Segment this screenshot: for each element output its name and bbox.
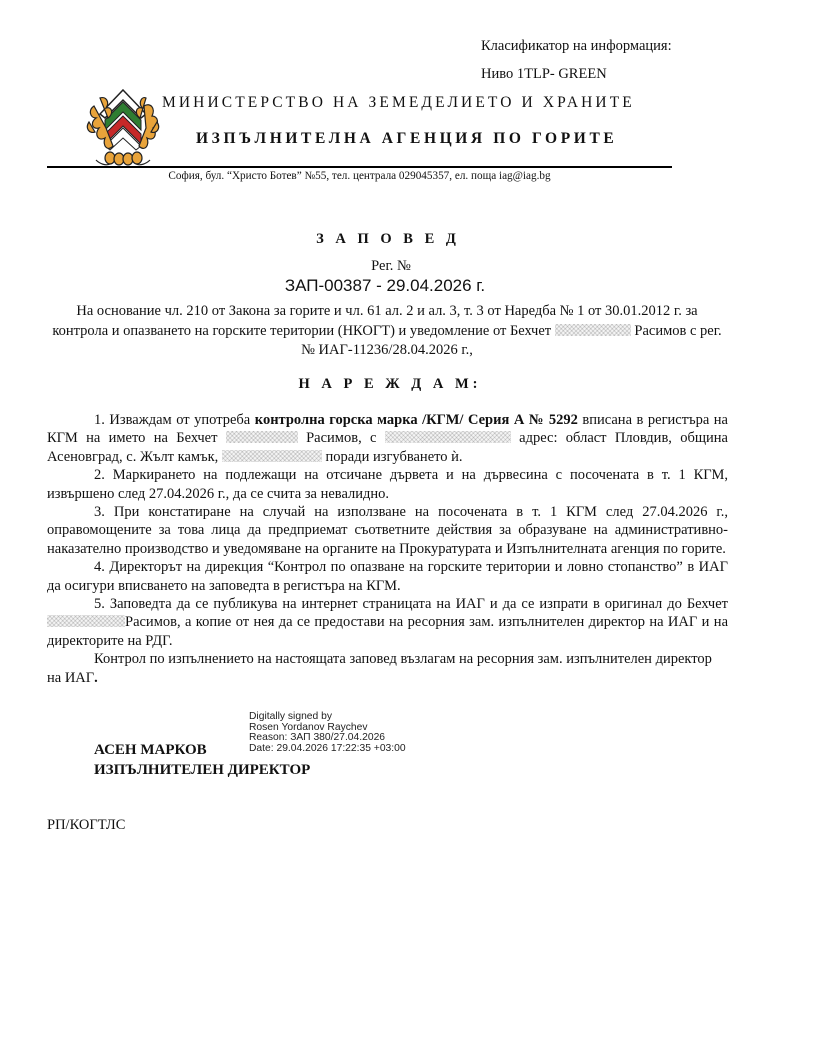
- letterhead-divider: [47, 166, 672, 168]
- redacted-name: [47, 615, 125, 627]
- ministry-name: МИНИСТЕРСТВО НА ЗЕМЕДЕЛИЕТО И ХРАНИТЕ: [162, 94, 635, 112]
- item-1-text: 1. Изваждам от употреба: [94, 412, 255, 428]
- order-item-4: 4. Директорът на дирекция “Контрол по оп…: [47, 558, 728, 595]
- forestry-agency-emblem-icon: [86, 88, 160, 168]
- redacted-name: [226, 431, 298, 443]
- agency-name: ИЗПЪЛНИТЕЛНА АГЕНЦИЯ ПО ГОРИТЕ: [196, 130, 617, 148]
- legal-basis-paragraph: На основание чл. 210 от Закона за горите…: [47, 302, 727, 361]
- classification-label: Класификатор на информация:: [481, 38, 672, 55]
- order-item-3: 3. При констатиране на случай на използв…: [47, 503, 728, 558]
- registration-number: ЗАП-00387 - 29.04.2026 г.: [0, 276, 770, 296]
- item-5-text: 5. Заповедта да се публикува на интернет…: [94, 596, 728, 612]
- control-period: .: [94, 670, 98, 686]
- order-item-1: 1. Изваждам от употреба контролна горска…: [47, 411, 728, 466]
- classification-level: Ниво 1TLP- GREEN: [481, 66, 607, 83]
- order-items: 1. Изваждам от употреба контролна горска…: [47, 411, 728, 687]
- redacted-street: [222, 450, 322, 462]
- item-5-text-b: Расимов, а копие от нея да се предостави…: [47, 614, 728, 648]
- item-1-text-c: Расимов, с: [298, 430, 385, 446]
- signer-name: АСЕН МАРКОВ: [94, 742, 207, 759]
- item-1-mark: контролна горска марка /КГМ/ Серия А № 5…: [255, 412, 578, 428]
- control-clause: Контрол по изпълнението на настоящата за…: [47, 650, 728, 687]
- document-title: З А П О В Е Д: [0, 231, 776, 248]
- signature-line-1: Digitally signed by: [249, 712, 406, 723]
- order-heading: Н А Р Е Ж Д А М:: [0, 376, 780, 393]
- control-text: Контрол по изпълнението на настоящата за…: [47, 651, 712, 685]
- order-item-5: 5. Заповедта да се публикува на интернет…: [47, 595, 728, 650]
- letterhead-address: София, бул. “Христо Ботев” №55, тел. цен…: [47, 170, 672, 182]
- redacted-address-type: [385, 431, 511, 443]
- signer-title: ИЗПЪЛНИТЕЛЕН ДИРЕКТОР: [94, 762, 310, 779]
- digital-signature[interactable]: Digitally signed by Rosen Yordanov Raych…: [249, 712, 406, 754]
- signature-date: Date: 29.04.2026 17:22:35 +03:00: [249, 744, 406, 755]
- document-code: РП/КОГТЛС: [47, 817, 125, 834]
- item-1-text-e: поради изгубването ѝ.: [322, 449, 463, 465]
- order-item-2: 2. Маркирането на подлежащи на отсичане …: [47, 466, 728, 503]
- registration-label: Рег. №: [0, 258, 782, 275]
- redacted-name: [555, 324, 631, 336]
